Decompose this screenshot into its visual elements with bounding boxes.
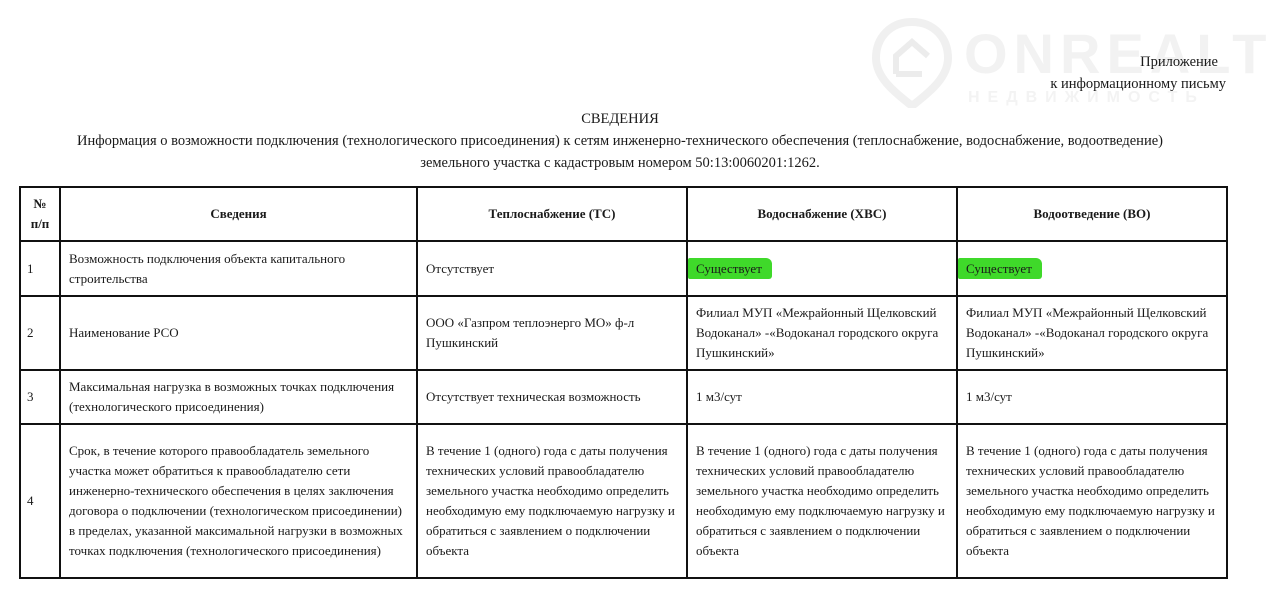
header-heat-supply: Теплоснабжение (ТС) — [417, 187, 687, 241]
house-pin-icon — [872, 18, 952, 108]
cell-sewerage: 1 м3/сут — [957, 370, 1227, 424]
row-info: Максимальная нагрузка в возможных точках… — [60, 370, 417, 424]
cell-heat-supply: Отсутствует техническая возможность — [417, 370, 687, 424]
highlighted-status: Существует — [688, 258, 772, 279]
header-sewerage: Водоотведение (ВО) — [957, 187, 1227, 241]
row-info: Наименование РСО — [60, 296, 417, 370]
document-subtitle-line-1: Информация о возможности подключения (те… — [0, 130, 1240, 152]
header-number: № п/п — [20, 187, 60, 241]
table-header-row: № п/п Сведения Теплоснабжение (ТС) Водос… — [20, 187, 1227, 241]
row-number: 3 — [20, 370, 60, 424]
connection-info-table: № п/п Сведения Теплоснабжение (ТС) Водос… — [19, 186, 1228, 579]
header-number-label: п/п — [29, 214, 51, 234]
cell-water-supply: 1 м3/сут — [687, 370, 957, 424]
cell-sewerage: В течение 1 (одного) года с даты получен… — [957, 424, 1227, 578]
document-subtitle-line-2: земельного участка с кадастровым номером… — [0, 152, 1240, 174]
cell-heat-supply: В течение 1 (одного) года с даты получен… — [417, 424, 687, 578]
appendix-line-1: Приложение — [1050, 51, 1226, 73]
header-number-sign: № — [29, 194, 51, 214]
cell-heat-supply: ООО «Газпром теплоэнерго МО» ф-л Пушкинс… — [417, 296, 687, 370]
highlighted-status: Существует — [958, 258, 1042, 279]
row-number: 4 — [20, 424, 60, 578]
table-row: 1 Возможность подключения объекта капита… — [20, 241, 1227, 296]
cell-water-supply: Филиал МУП «Межрайонный Щелковский Водок… — [687, 296, 957, 370]
table-row: 3 Максимальная нагрузка в возможных точк… — [20, 370, 1227, 424]
cell-sewerage: Существует — [957, 241, 1227, 296]
document-title: СВЕДЕНИЯ — [0, 108, 1240, 130]
cell-water-supply: Существует — [687, 241, 957, 296]
table-row: 2 Наименование РСО ООО «Газпром теплоэне… — [20, 296, 1227, 370]
cell-heat-supply: Отсутствует — [417, 241, 687, 296]
appendix-note: Приложение к информационному письму — [1050, 51, 1226, 95]
appendix-line-2: к информационному письму — [1050, 73, 1226, 95]
table-row: 4 Срок, в течение которого правообладате… — [20, 424, 1227, 578]
document-heading: СВЕДЕНИЯ Информация о возможности подклю… — [0, 108, 1240, 174]
header-info: Сведения — [60, 187, 417, 241]
cell-water-supply: В течение 1 (одного) года с даты получен… — [687, 424, 957, 578]
cell-sewerage: Филиал МУП «Межрайонный Щелковский Водок… — [957, 296, 1227, 370]
row-number: 2 — [20, 296, 60, 370]
row-info: Возможность подключения объекта капиталь… — [60, 241, 417, 296]
row-number: 1 — [20, 241, 60, 296]
row-info: Срок, в течение которого правообладатель… — [60, 424, 417, 578]
header-water-supply: Водоснабжение (ХВС) — [687, 187, 957, 241]
